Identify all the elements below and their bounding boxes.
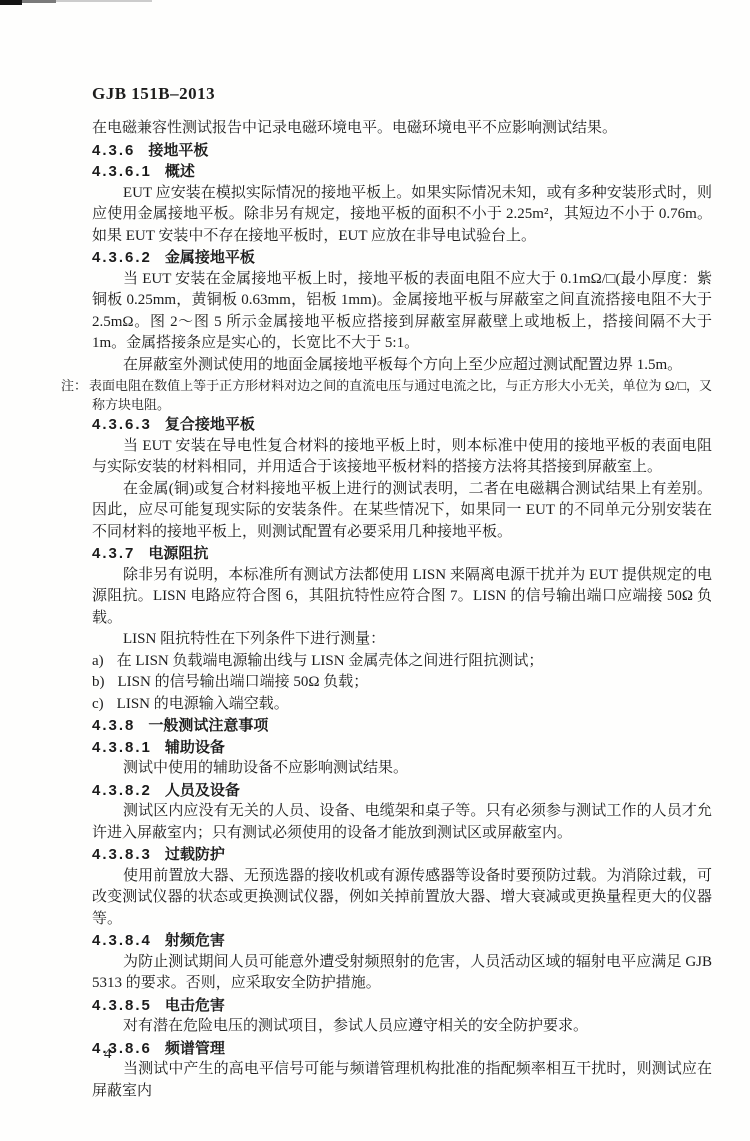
document-body: 在电磁兼容性测试报告中记录电磁环境电平。电磁环境电平不应影响测试结果。 4.3.… bbox=[92, 118, 712, 1102]
list-marker: c) bbox=[92, 696, 104, 712]
paragraph: 在电磁兼容性测试报告中记录电磁环境电平。电磁环境电平不应影响测试结果。 bbox=[92, 118, 712, 140]
section-heading: 4.3.8.6频谱管理 bbox=[92, 1038, 712, 1060]
section-number: 4.3.8.4 bbox=[92, 932, 152, 949]
section-heading: 4.3.7电源阻抗 bbox=[92, 543, 712, 565]
section-heading: 4.3.6接地平板 bbox=[92, 140, 712, 162]
section-number: 4.3.8.5 bbox=[92, 997, 152, 1014]
note-label: 注： bbox=[61, 378, 87, 393]
note-text: 表面电阻在数值上等于正方形材料对边之间的直流电压与通过电流之比，与正方形大小无关… bbox=[89, 378, 712, 412]
section-number: 4.3.6.2 bbox=[92, 249, 152, 266]
section-heading: 4.3.8.1辅助设备 bbox=[92, 737, 712, 759]
section-heading: 4.3.8.5电击危害 bbox=[92, 995, 712, 1017]
section-title: 复合接地平板 bbox=[165, 416, 255, 433]
section-number: 4.3.6.1 bbox=[92, 163, 152, 180]
section-heading: 4.3.6.2金属接地平板 bbox=[92, 247, 712, 269]
list-text: 在 LISN 负载端电源输出线与 LISN 金属壳体之间进行阻抗测试； bbox=[117, 653, 544, 669]
section-heading: 4.3.8一般测试注意事项 bbox=[92, 715, 712, 737]
section-title: 人员及设备 bbox=[165, 782, 240, 799]
list-text: LISN 的信号输出端口端接 50Ω 负载； bbox=[118, 674, 369, 690]
paragraph: 除非另有说明，本标准所有测试方法都使用 LISN 来隔离电源干扰并为 EUT 提… bbox=[92, 565, 712, 630]
list-marker: b) bbox=[92, 674, 105, 690]
section-number: 4.3.8.1 bbox=[92, 739, 152, 756]
paragraph: 测试中使用的辅助设备不应影响测试结果。 bbox=[92, 758, 712, 780]
section-title: 辅助设备 bbox=[165, 739, 225, 756]
section-number: 4.3.7 bbox=[92, 545, 135, 562]
paragraph: 为防止测试期间人员可能意外遭受射频照射的危害，人员活动区域的辐射电平应满足 GJ… bbox=[92, 952, 712, 995]
paragraph: 测试区内应没有无关的人员、设备、电缆架和桌子等。只有必须参与测试工作的人员才允许… bbox=[92, 801, 712, 844]
section-title: 一般测试注意事项 bbox=[148, 717, 268, 734]
section-number: 4.3.8.6 bbox=[92, 1040, 152, 1057]
scan-artifact bbox=[0, 0, 22, 5]
section-heading: 4.3.8.3过载防护 bbox=[92, 844, 712, 866]
paragraph: 使用前置放大器、无预选器的接收机或有源传感器等设备时要预防过载。为消除过载，可改… bbox=[92, 866, 712, 931]
section-heading: 4.3.6.3复合接地平板 bbox=[92, 414, 712, 436]
list-item: c)LISN 的电源输入端空载。 bbox=[92, 694, 712, 716]
paragraph: 在屏蔽室外测试使用的地面金属接地平板每个方向上至少应超过测试配置边界 1.5m。 bbox=[92, 355, 712, 377]
section-title: 频谱管理 bbox=[165, 1040, 225, 1057]
list-item: a)在 LISN 负载端电源输出线与 LISN 金属壳体之间进行阻抗测试； bbox=[92, 651, 712, 673]
section-number: 4.3.6.3 bbox=[92, 416, 152, 433]
list-text: LISN 的电源输入端空载。 bbox=[117, 696, 289, 712]
section-heading: 4.3.6.1概述 bbox=[92, 161, 712, 183]
paragraph: 当 EUT 安装在导电性复合材料的接地平板上时，则本标准中使用的接地平板的表面电… bbox=[92, 436, 712, 479]
scan-artifact bbox=[22, 0, 56, 3]
scan-artifact bbox=[56, 0, 152, 2]
section-title: 金属接地平板 bbox=[165, 249, 255, 266]
paragraph: 当 EUT 安装在金属接地平板上时，接地平板的表面电阻不应大于 0.1mΩ/□(… bbox=[92, 269, 712, 355]
section-title: 射频危害 bbox=[165, 932, 225, 949]
section-number: 4.3.8 bbox=[92, 717, 135, 734]
note: 注：表面电阻在数值上等于正方形材料对边之间的直流电压与通过电流之比，与正方形大小… bbox=[92, 376, 712, 414]
section-heading: 4.3.8.2人员及设备 bbox=[92, 780, 712, 802]
paragraph: 当测试中产生的高电平信号可能与频谱管理机构批准的指配频率相互干扰时，则测试应在屏… bbox=[92, 1059, 712, 1102]
section-title: 电源阻抗 bbox=[148, 545, 208, 562]
section-title: 电击危害 bbox=[165, 997, 225, 1014]
paragraph: 对有潜在危险电压的测试项目，参试人员应遵守相关的安全防护要求。 bbox=[92, 1016, 712, 1038]
section-title: 过载防护 bbox=[165, 846, 225, 863]
section-number: 4.3.8.2 bbox=[92, 782, 152, 799]
section-number: 4.3.8.3 bbox=[92, 846, 152, 863]
paragraph: 在金属(铜)或复合材料接地平板上进行的测试表明，二者在电磁耦合测试结果上有差别。… bbox=[92, 479, 712, 544]
paragraph: LISN 阻抗特性在下列条件下进行测量： bbox=[92, 629, 712, 651]
list-marker: a) bbox=[92, 653, 104, 669]
page-number: 4 bbox=[104, 1046, 112, 1063]
section-heading: 4.3.8.4射频危害 bbox=[92, 930, 712, 952]
paragraph: EUT 应安装在模拟实际情况的接地平板上。如果实际情况未知，或有多种安装形式时，… bbox=[92, 183, 712, 248]
document-page: GJB 151B–2013 在电磁兼容性测试报告中记录电磁环境电平。电磁环境电平… bbox=[0, 0, 750, 1141]
section-title: 概述 bbox=[165, 163, 195, 180]
section-number: 4.3.6 bbox=[92, 142, 135, 159]
section-title: 接地平板 bbox=[148, 142, 208, 159]
list-item: b)LISN 的信号输出端口端接 50Ω 负载； bbox=[92, 672, 712, 694]
standard-number: GJB 151B–2013 bbox=[92, 84, 215, 104]
